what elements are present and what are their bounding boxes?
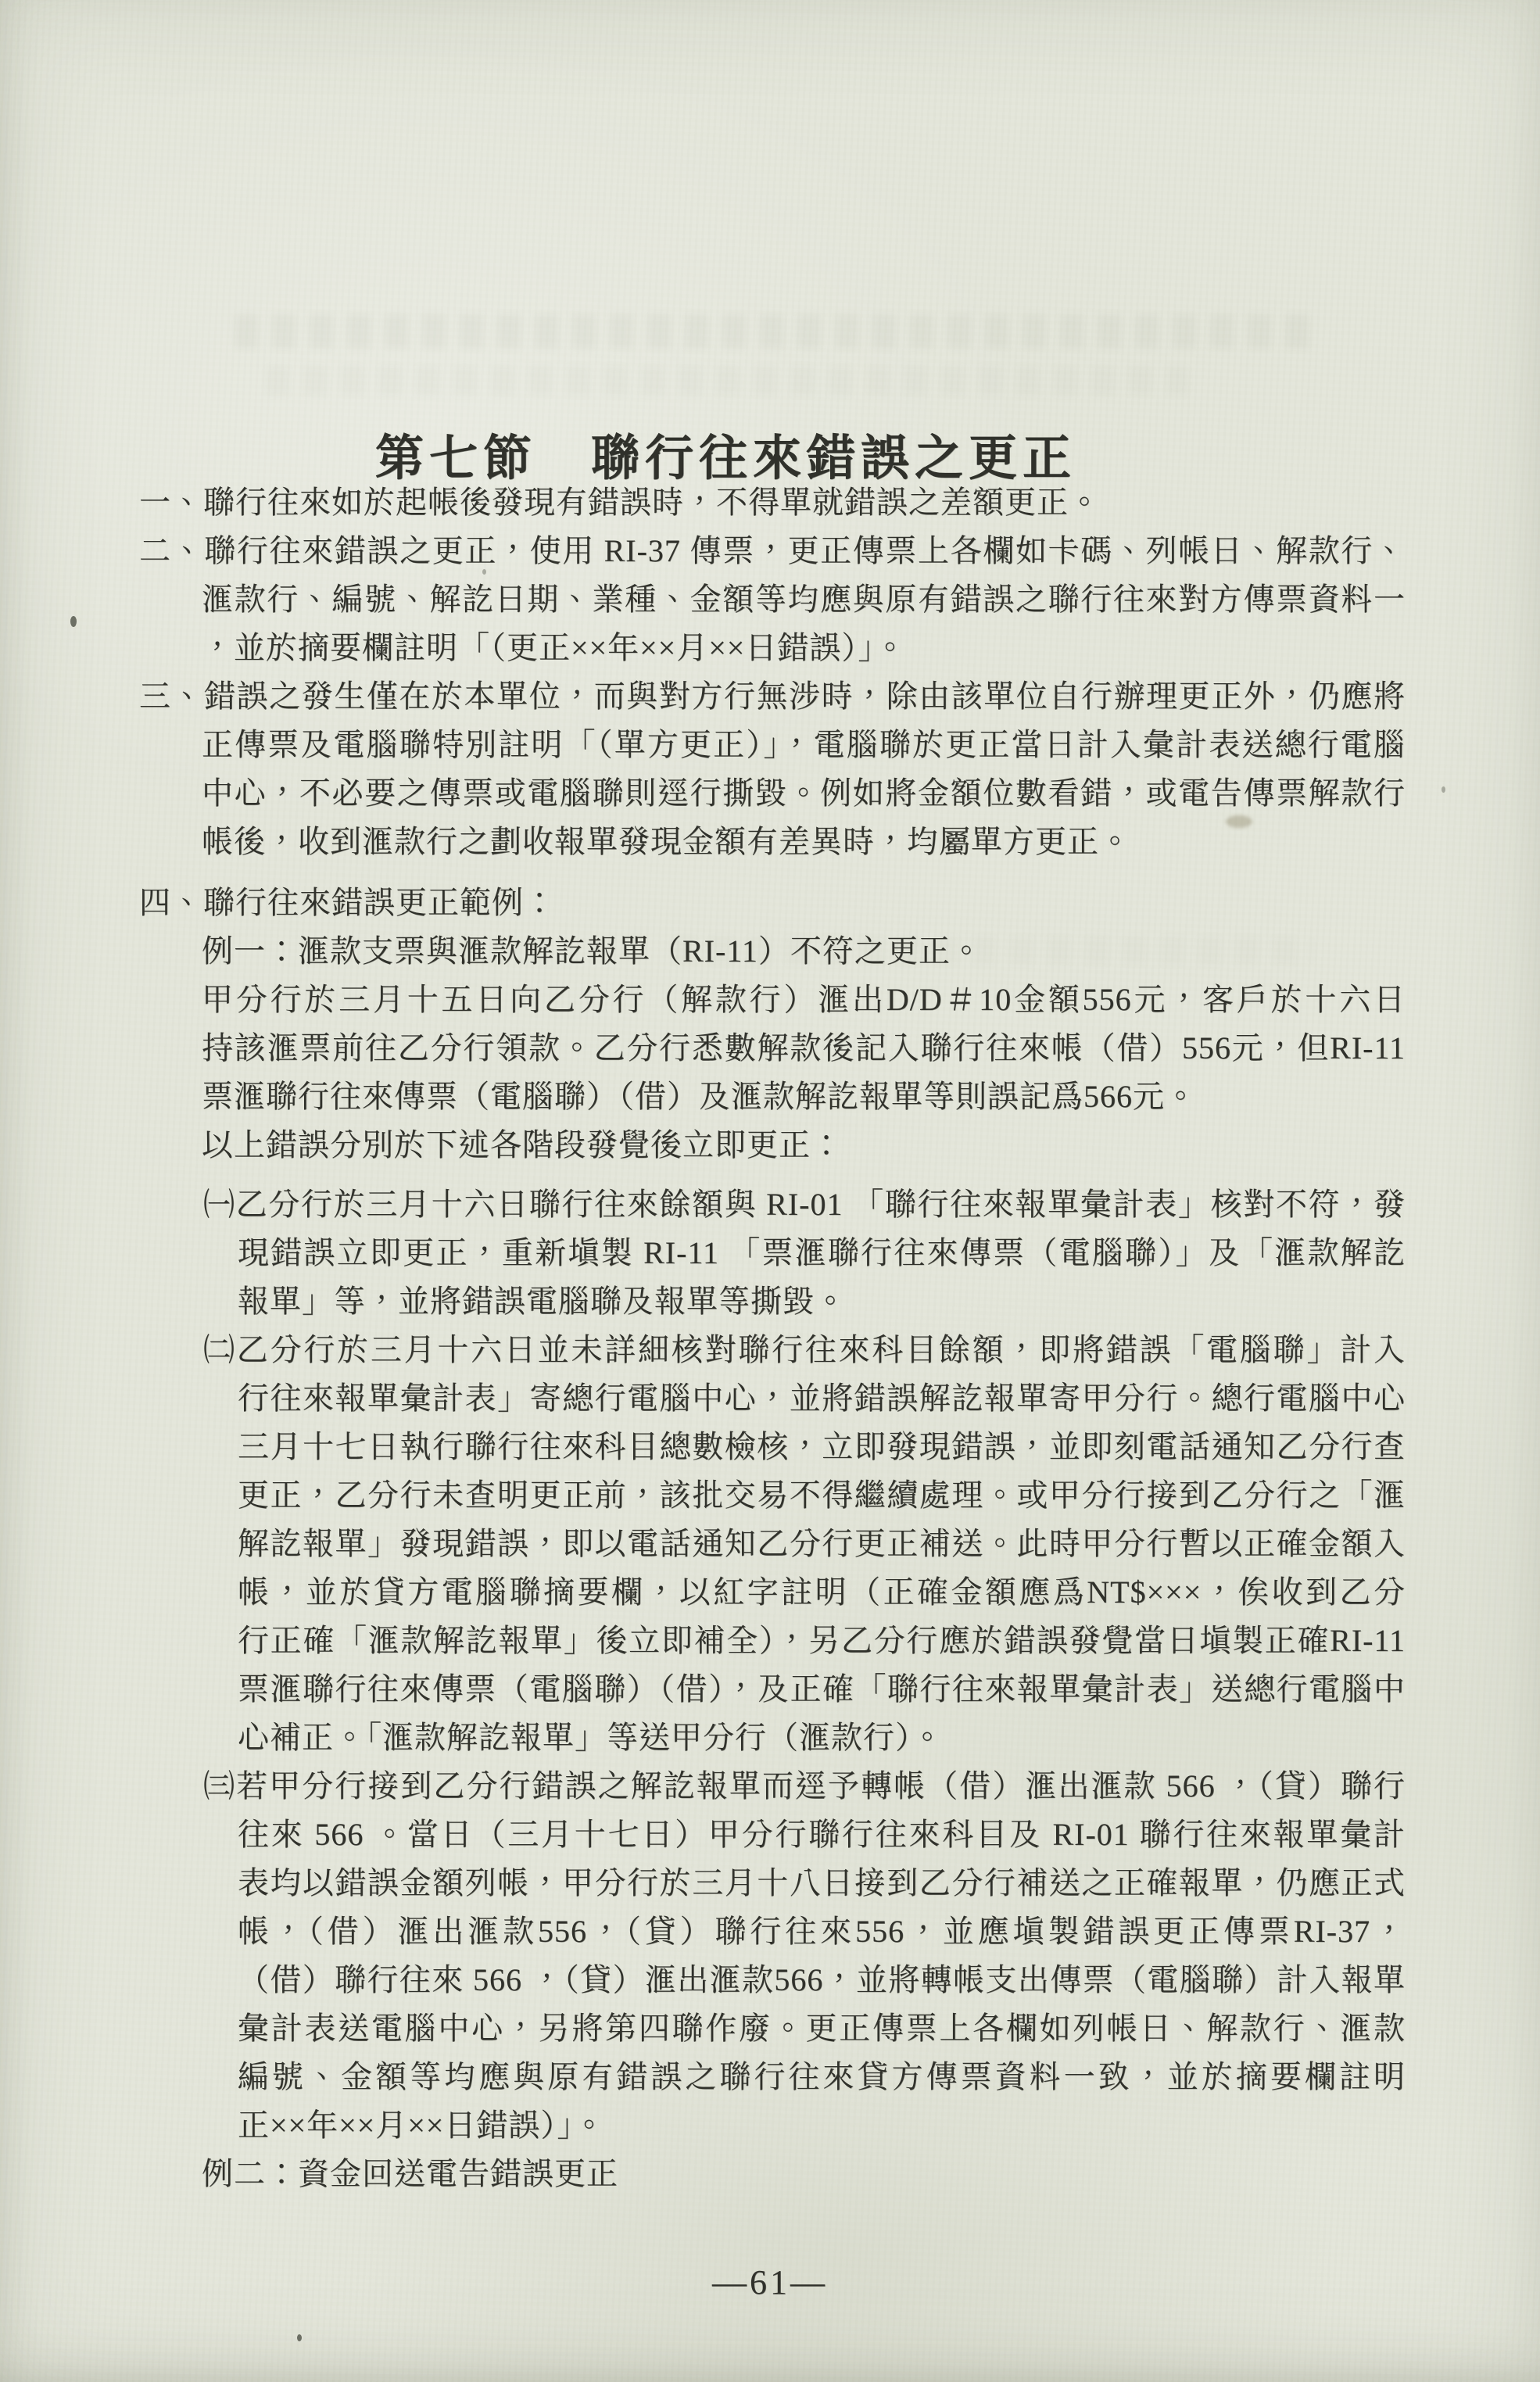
text-line: 正××年××月××日錯誤）」。 <box>139 2101 1406 2150</box>
text-line: 三、錯誤之發生僅在於本單位，而與對方行無涉時，除由該單位自行辦理更正外，仍應將更 <box>139 672 1406 721</box>
text-line: ㈠乙分行於三月十六日聯行往來餘額與 RI-01 「聯行往來報單彙計表」核對不符，… <box>139 1180 1406 1229</box>
text-line: 中心，不必要之傳票或電腦聯則逕行撕毀。例如將金額位數看錯，或電告傳票解款行起 <box>139 769 1406 818</box>
text-line: 帳後，收到滙款行之劃收報單發現金額有差異時，均屬單方更正。 <box>139 818 1406 866</box>
text-line: 行正確「滙款解訖報單」後立即補全），另乙分行應於錯誤發覺當日塡製正確RI-11 <box>139 1617 1406 1665</box>
text-line: 持該滙票前往乙分行領款。乙分行悉數解款後記入聯行往來帳（借）556元，但RI-1… <box>139 1024 1406 1073</box>
text-line: 一、聯行往來如於起帳後發現有錯誤時，不得單就錯誤之差額更正。 <box>139 478 1406 527</box>
page-number: —61— <box>0 2262 1540 2302</box>
bleedthrough-ghost <box>235 314 1313 349</box>
text-line: 四、聯行往來錯誤更正範例： <box>139 879 1406 927</box>
text-line: 帳，（借）滙出滙款556，（貸）聯行往來556，並應塡製錯誤更正傳票RI-37， <box>139 1907 1406 1956</box>
text-line: 例一：滙款支票與滙款解訖報單（RI-11）不符之更正。 <box>139 927 1406 976</box>
text-line: 表均以錯誤金額列帳，甲分行於三月十八日接到乙分行補送之正確報單，仍應正式列 <box>139 1859 1406 1907</box>
text-line: 帳，並於貸方電腦聯摘要欄，以紅字註明（正確金額應爲NT$×××，俟收到乙分 <box>139 1568 1406 1617</box>
text-line: 行往來報單彙計表」寄總行電腦中心，並將錯誤解訖報單寄甲分行。總行電腦中心於 <box>139 1374 1406 1423</box>
text-line: 例二：資金回送電告錯誤更正 <box>139 2150 1406 2198</box>
text-line: 票滙聯行往來傳票（電腦聯）（借），及正確「聯行往來報單彙計表」送總行電腦中 <box>139 1665 1406 1714</box>
bleedthrough-ghost <box>266 366 1188 396</box>
speck <box>70 616 77 627</box>
text-line: 滙款行、編號、解訖日期、業種、金額等均應與原有錯誤之聯行往來對方傳票資料一致 <box>139 575 1406 624</box>
document-page: 第七節 聯行往來錯誤之更正 一、聯行往來如於起帳後發現有錯誤時，不得單就錯誤之差… <box>0 0 1540 2382</box>
text-line: 甲分行於三月十五日向乙分行（解款行）滙出D/D＃10金額556元，客戶於十六日 <box>139 976 1406 1024</box>
text-line: ，並於摘要欄註明「（更正××年××月××日錯誤）」。 <box>139 624 1406 672</box>
text-line: 編號、金額等均應與原有錯誤之聯行往來貸方傳票資料一致，並於摘要欄註明「（更 <box>139 2053 1406 2101</box>
text-line: 以上錯誤分別於下述各階段發覺後立即更正： <box>139 1121 1406 1170</box>
text-line: 現錯誤立即更正，重新塡製 RI-11 「票滙聯行往來傳票（電腦聯）」及「滙款解訖 <box>139 1229 1406 1277</box>
body-text: 一、聯行往來如於起帳後發現有錯誤時，不得單就錯誤之差額更正。 二、聯行往來錯誤之… <box>139 478 1406 2198</box>
text-line: 票滙聯行往來傳票（電腦聯）（借）及滙款解訖報單等則誤記爲566元。 <box>139 1073 1406 1121</box>
text-line: 報單」等，並將錯誤電腦聯及報單等撕毀。 <box>139 1277 1406 1326</box>
speck <box>297 2334 302 2341</box>
text-line: 更正，乙分行未查明更正前，該批交易不得繼續處理。或甲分行接到乙分行之「滙款 <box>139 1471 1406 1520</box>
speck <box>1442 786 1445 793</box>
text-line: 往來 566 。當日（三月十七日）甲分行聯行往來科目及 RI-01 聯行往來報單… <box>139 1811 1406 1859</box>
text-line: 解訖報單」發現錯誤，即以電話通知乙分行更正補送。此時甲分行暫以正確金額入 <box>139 1520 1406 1568</box>
text-line: （借）聯行往來 566 ，（貸）滙出滙款566，並將轉帳支出傳票（電腦聯）計入報… <box>139 1956 1406 2004</box>
text-line: ㈢若甲分行接到乙分行錯誤之解訖報單而逕予轉帳（借）滙出滙款 566 ，（貸）聯行 <box>139 1762 1406 1811</box>
text-line: 正傳票及電腦聯特別註明「（單方更正）」，電腦聯於更正當日計入彙計表送總行電腦 <box>139 721 1406 769</box>
text-line: 三月十七日執行聯行往來科目總數檢核，立即發現錯誤，並即刻電話通知乙分行查明 <box>139 1423 1406 1471</box>
text-line: ㈡乙分行於三月十六日並未詳細核對聯行往來科目餘額，即將錯誤「電腦聯」計入「聯 <box>139 1326 1406 1374</box>
text-line: 二、聯行往來錯誤之更正，使用 RI-37 傳票，更正傳票上各欄如卡碼、列帳日、解… <box>139 527 1406 575</box>
text-line: 心補正。「滙款解訖報單」等送甲分行（滙款行）。 <box>139 1714 1406 1762</box>
text-line: 彙計表送電腦中心，另將第四聯作廢。更正傳票上各欄如列帳日、解款行、滙款行、 <box>139 2004 1406 2053</box>
